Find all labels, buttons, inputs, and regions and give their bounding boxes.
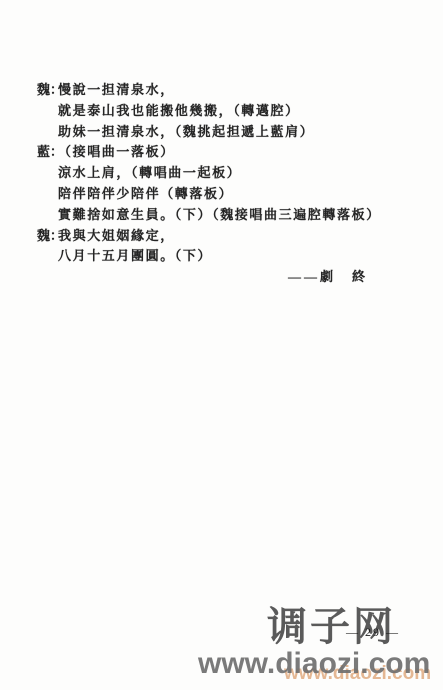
script-line: 實難捨如意生員。（下）（魏接唱曲三遍腔轉落板） [37, 205, 368, 226]
script-line: 魏：慢說一担清泉水， [37, 80, 368, 101]
script-line-text: 我與大姐姻緣定， [58, 228, 175, 243]
script-line: 助妹一担清泉水，（魏挑起担遞上藍肩） [37, 122, 368, 143]
script-line: 八月十五月團圓。（下） [37, 246, 368, 267]
script-line-text: 就是泰山我也能搬他幾搬，（轉邁腔） [58, 103, 300, 118]
script-line: 就是泰山我也能搬他幾搬，（轉邁腔） [37, 101, 368, 122]
script-line: 陪伴陪伴少陪伴（轉落板） [37, 184, 368, 205]
script-line-text: 實難捨如意生員。（下）（魏接唱曲三遍腔轉落板） [58, 207, 381, 222]
scanned-script-page: 魏：慢說一担清泉水， 就是泰山我也能搬他幾搬，（轉邁腔） 助妹一担清泉水，（魏挑… [0, 0, 443, 690]
script-line: 魏：我與大姐姻緣定， [37, 226, 368, 247]
speaker-label: 魏： [37, 226, 63, 247]
script-line-text: 八月十五月團圓。（下） [58, 248, 212, 263]
ending-mark: ——劇 終 [37, 267, 368, 288]
script-line-text: （接唱曲一落板） [58, 144, 175, 159]
watermark-url-faint: www.diaozi.com [284, 663, 431, 684]
speaker-label: 藍： [37, 142, 63, 163]
script-line-text: 慢說一担清泉水， [58, 82, 175, 97]
script-line-text: 助妹一担清泉水，（魏挑起担遞上藍肩） [58, 124, 314, 139]
speaker-label: 魏： [37, 80, 63, 101]
script-line-text: 陪伴陪伴少陪伴（轉落板） [58, 186, 233, 201]
script-text-block: 魏：慢說一担清泉水， 就是泰山我也能搬他幾搬，（轉邁腔） 助妹一担清泉水，（魏挑… [37, 80, 368, 288]
script-line-text: 涼水上肩，（轉唱曲一起板） [58, 165, 241, 180]
script-line: 藍：（接唱曲一落板） [37, 142, 368, 163]
page-number: — 29 — [346, 625, 400, 640]
watermark-site-url: www.diaozi.com [198, 648, 430, 680]
script-line: 涼水上肩，（轉唱曲一起板） [37, 163, 368, 184]
